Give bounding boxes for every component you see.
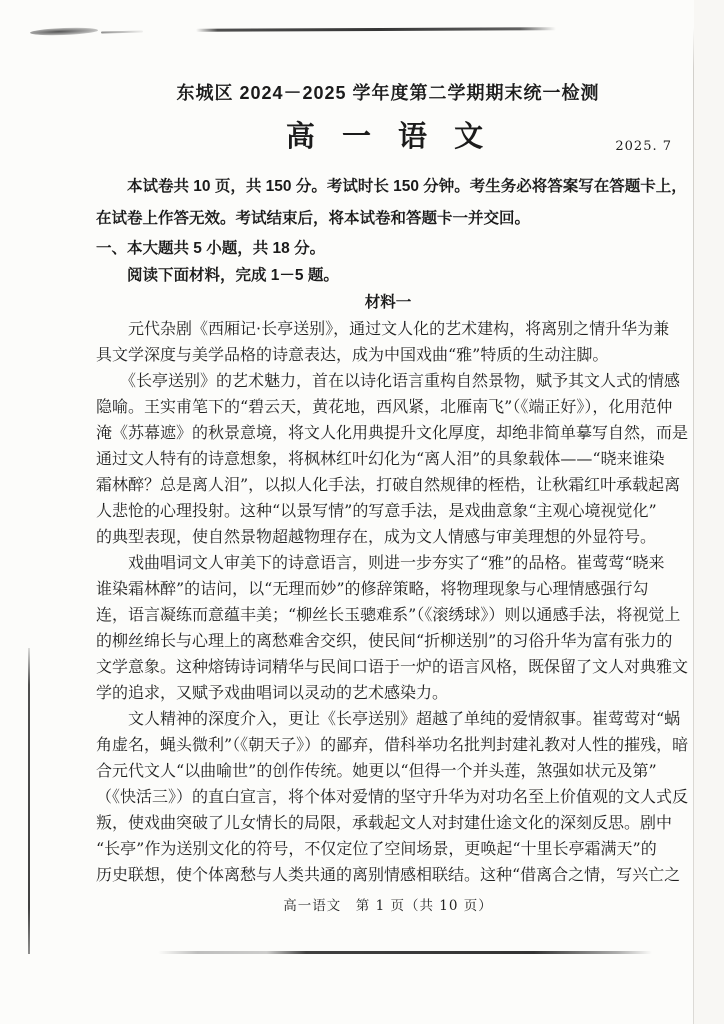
text-line: 谁染霜林醉”的诘问，以“无理而妙”的修辞策略，将物理现象与心理情感强行勾 xyxy=(96,576,680,602)
exam-date: 2025. 7 xyxy=(615,139,672,154)
exam-notice: 本试卷共 10 页，共 150 分。考试时长 150 分钟。考生务必将答案写在答… xyxy=(96,171,680,235)
text-line: 元代杂剧《西厢记·长亭送别》，通过文人化的艺术建构，将离别之情升华为兼 xyxy=(96,316,680,342)
text-line: 通过文人特有的诗意想象，将枫林红叶幻化为“离人泪”的具象载体——“晓来谁染 xyxy=(96,446,680,472)
text-line: 历史联想，使个体离愁与人类共通的离别情感相联结。这种“借离合之情，写兴亡之 xyxy=(96,862,680,888)
text-line: 合元代文人“以曲喻世”的创作传统。她更以“但得一个并头莲，煞强如状元及第” xyxy=(96,758,680,784)
text-line: 人悲怆的心理投射。这种“以景写情”的写意手法，是戏曲意象“主观心境视觉化” xyxy=(96,498,680,524)
text-line: 文人精神的深度介入，更让《长亭送别》超越了单纯的爱情叙事。崔莺莺对“蜗 xyxy=(96,706,680,732)
page-edge-left xyxy=(28,648,30,954)
scan-smudge-mark xyxy=(30,27,98,37)
text-line: 的柳丝绵长与心理上的离愁难舍交织，使民间“折柳送别”的习俗升华为富有张力的 xyxy=(96,628,680,654)
text-line: 学的追求，又赋予戏曲唱词以灵动的艺术感染力。 xyxy=(96,680,680,706)
section-heading: 一、本大题共 5 小题，共 18 分。 xyxy=(96,235,680,262)
text-line: 文学意象。这种熔铸诗词精华与民间口语于一炉的语言风格，既保留了文人对典雅文 xyxy=(96,654,680,680)
material-body-text: 元代杂剧《西厢记·长亭送别》，通过文人化的艺术建构，将离别之情升华为兼具文学深度… xyxy=(96,316,680,888)
scan-smudge-tail xyxy=(101,30,143,33)
text-line: 霜林醉？总是离人泪”，以拟人化手法，打破自然规律的桎梏，让秋霜红叶承载起离 xyxy=(96,472,680,498)
exam-header-line: 东城区 2024－2025 学年度第二学期期末统一检测 xyxy=(96,82,680,104)
page-edge-bottom xyxy=(158,951,652,954)
text-line: “长亭”作为送别文化的符号，不仅定位了空间场景，更唤起“十里长亭霜满天”的 xyxy=(96,836,680,862)
text-line: 戏曲唱词文人审美下的诗意语言，则进一步夯实了“雅”的品格。崔莺莺“晓来 xyxy=(96,550,680,576)
title-row: 高 一 语 文 2025. 7 xyxy=(96,117,680,157)
text-line: 《长亭送别》的艺术魅力，首在以诗化语言重构自然景物，赋予其文人式的情感 xyxy=(96,368,680,394)
page-edge-right xyxy=(693,28,694,1024)
page-number-footer: 高一语文 第 1 页（共 10 页） xyxy=(96,894,680,914)
document-content: 东城区 2024－2025 学年度第二学期期末统一检测 高 一 语 文 2025… xyxy=(96,82,680,914)
scanned-exam-page: 东城区 2024－2025 学年度第二学期期末统一检测 高 一 语 文 2025… xyxy=(0,0,724,1024)
text-line: 连，语言凝练而意蕴丰美；“柳丝长玉骢难系”（《滚绣球》）则以通感手法，将视觉上 xyxy=(96,602,680,628)
text-line: （《快活三》）的直白宣言，将个体对爱情的坚守升华为对功名至上价值观的文人式反 xyxy=(96,784,680,810)
text-line: 角虚名，蝇头微利”（《朝天子》）的鄙弃，借科举功名批判封建礼教对人性的摧残，暗 xyxy=(96,732,680,758)
text-line: 在试卷上作答无效。考试结束后，将本试卷和答题卡一并交回。 xyxy=(96,203,680,235)
exam-title: 高 一 语 文 xyxy=(96,117,680,157)
reading-instruction: 阅读下面材料，完成 1－5 题。 xyxy=(96,262,680,289)
text-line: 淹《苏幕遮》的秋景意境，将文人化用典提升文化厚度，却绝非简单摹写自然，而是 xyxy=(96,420,680,446)
text-line: 隐喻。王实甫笔下的“碧云天，黄花地，西风紧，北雁南飞”（《端正好》），化用范仲 xyxy=(96,394,680,420)
scan-line-top xyxy=(196,27,556,32)
text-line: 具文学深度与美学品格的诗意表达，成为中国戏曲“雅”特质的生动注脚。 xyxy=(96,342,680,368)
text-line: 叛，使戏曲突破了儿女情长的局限，承载起文人对封建仕途文化的深刻反思。剧中 xyxy=(96,810,680,836)
material-one-label: 材料一 xyxy=(96,289,680,316)
text-line: 本试卷共 10 页，共 150 分。考试时长 150 分钟。考生务必将答案写在答… xyxy=(96,171,680,203)
page-margin-strip xyxy=(694,0,724,1024)
text-line: 的典型表现，使自然景物超越物理存在，成为文人情感与审美理想的外显符号。 xyxy=(96,524,680,550)
